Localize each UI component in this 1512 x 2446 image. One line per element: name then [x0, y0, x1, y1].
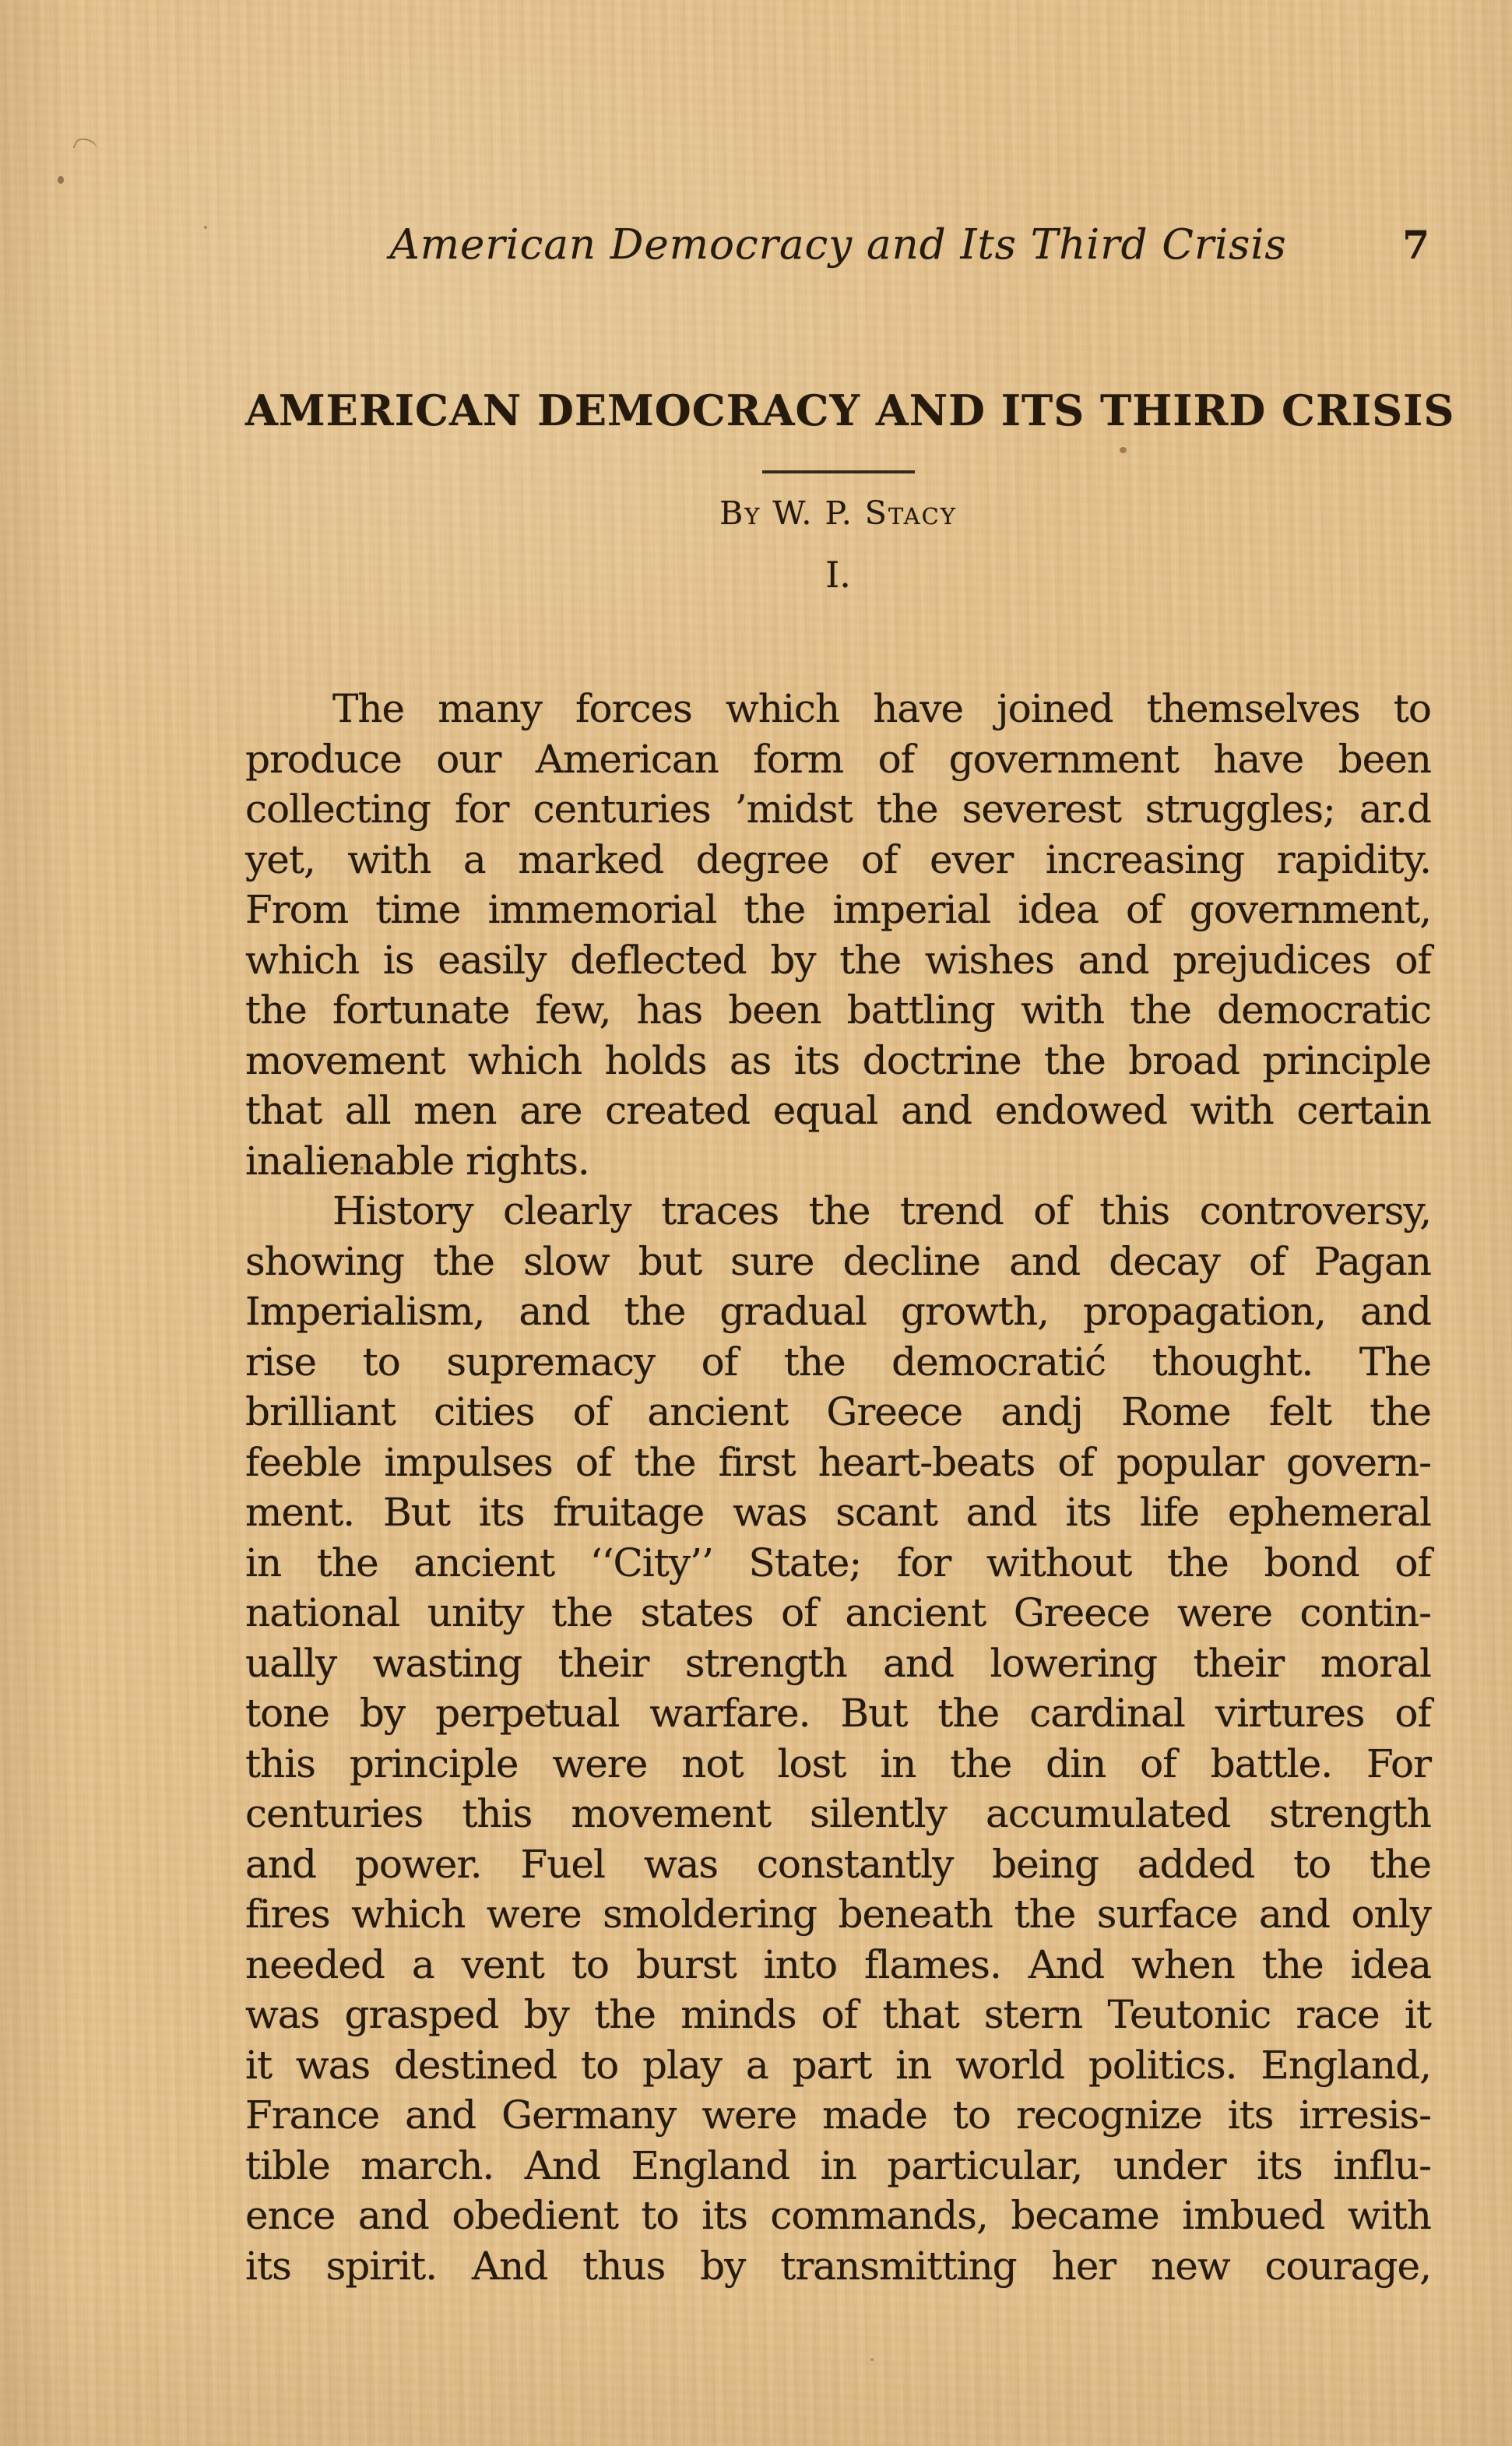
paper-stain — [58, 176, 64, 184]
running-head: American Democracy and Its Third Crisis … — [245, 222, 1431, 270]
body-line: this principle were not lost in the din … — [245, 1739, 1431, 1790]
body-line: inalienable rights. — [245, 1136, 1431, 1187]
body-line: was grasped by the minds of that stern T… — [245, 1990, 1431, 2040]
body-line: rise to supremacy of the democratić thou… — [245, 1337, 1431, 1388]
body-line: fires which were smoldering beneath the … — [245, 1889, 1431, 1940]
body-line: brilliant cities of ancient Greece andj … — [245, 1387, 1431, 1438]
body-line: Imperialism, and the gradual growth, pro… — [245, 1286, 1431, 1337]
body-line: in the ancient ‘‘City’’ State; for witho… — [245, 1538, 1431, 1589]
body-line: The many forces which have joined themse… — [245, 684, 1431, 734]
paper-stain — [204, 226, 207, 229]
body-line: collecting for centuries ’midst the seve… — [245, 784, 1431, 835]
running-head-title: American Democracy and Its Third Crisis — [245, 222, 1431, 269]
body-line: national unity the states of ancient Gre… — [245, 1588, 1431, 1638]
paper-stain — [1120, 447, 1127, 453]
body-line: ence and obedient to its commands, becam… — [245, 2191, 1431, 2241]
body-line: ually wasting their strength and lowerin… — [245, 1638, 1431, 1689]
body-line: centuries this movement silently accumul… — [245, 1789, 1431, 1839]
body-line: tible march. And England in particular, … — [245, 2141, 1431, 2191]
body-line: yet, with a marked degree of ever increa… — [245, 835, 1431, 885]
body-line: its spirit. And thus by transmitting her… — [245, 2241, 1431, 2292]
body-line: ment. But its fruitage was scant and its… — [245, 1487, 1431, 1538]
body-line: showing the slow but sure decline and de… — [245, 1237, 1431, 1287]
scanned-page: American Democracy and Its Third Crisis … — [0, 0, 1512, 2446]
body-line: it was destined to play a part in world … — [245, 2040, 1431, 2091]
article-title: AMERICAN DEMOCRACY AND ITS THIRD CRISIS — [245, 386, 1431, 435]
title-rule — [762, 470, 915, 473]
section-numeral: I. — [245, 553, 1431, 597]
body-line: which is easily deflected by the wishes … — [245, 935, 1431, 986]
body-line: and power. Fuel was constantly being add… — [245, 1839, 1431, 1890]
body-line: produce our American form of government … — [245, 734, 1431, 785]
body-line: that all men are created equal and endow… — [245, 1086, 1431, 1136]
body-line: needed a vent to burst into flames. And … — [245, 1940, 1431, 1990]
body-line: the fortunate few, has been battling wit… — [245, 985, 1431, 1036]
paper-stain — [870, 2358, 874, 2361]
paper-fiber — [73, 135, 99, 157]
body-line: From time immemorial the imperial idea o… — [245, 885, 1431, 935]
body-line: movement which holds as its doctrine the… — [245, 1036, 1431, 1086]
page-number: 7 — [1402, 222, 1429, 269]
body-line: tone by perpetual warfare. But the cardi… — [245, 1688, 1431, 1739]
body-line: feeble impulses of the first heart-beats… — [245, 1438, 1431, 1488]
body-line: History clearly traces the trend of this… — [245, 1186, 1431, 1237]
body-line: France and Germany were made to recogniz… — [245, 2090, 1431, 2141]
article-body: The many forces which have joined themse… — [245, 684, 1431, 2291]
byline: By W. P. Stacy — [245, 494, 1431, 533]
